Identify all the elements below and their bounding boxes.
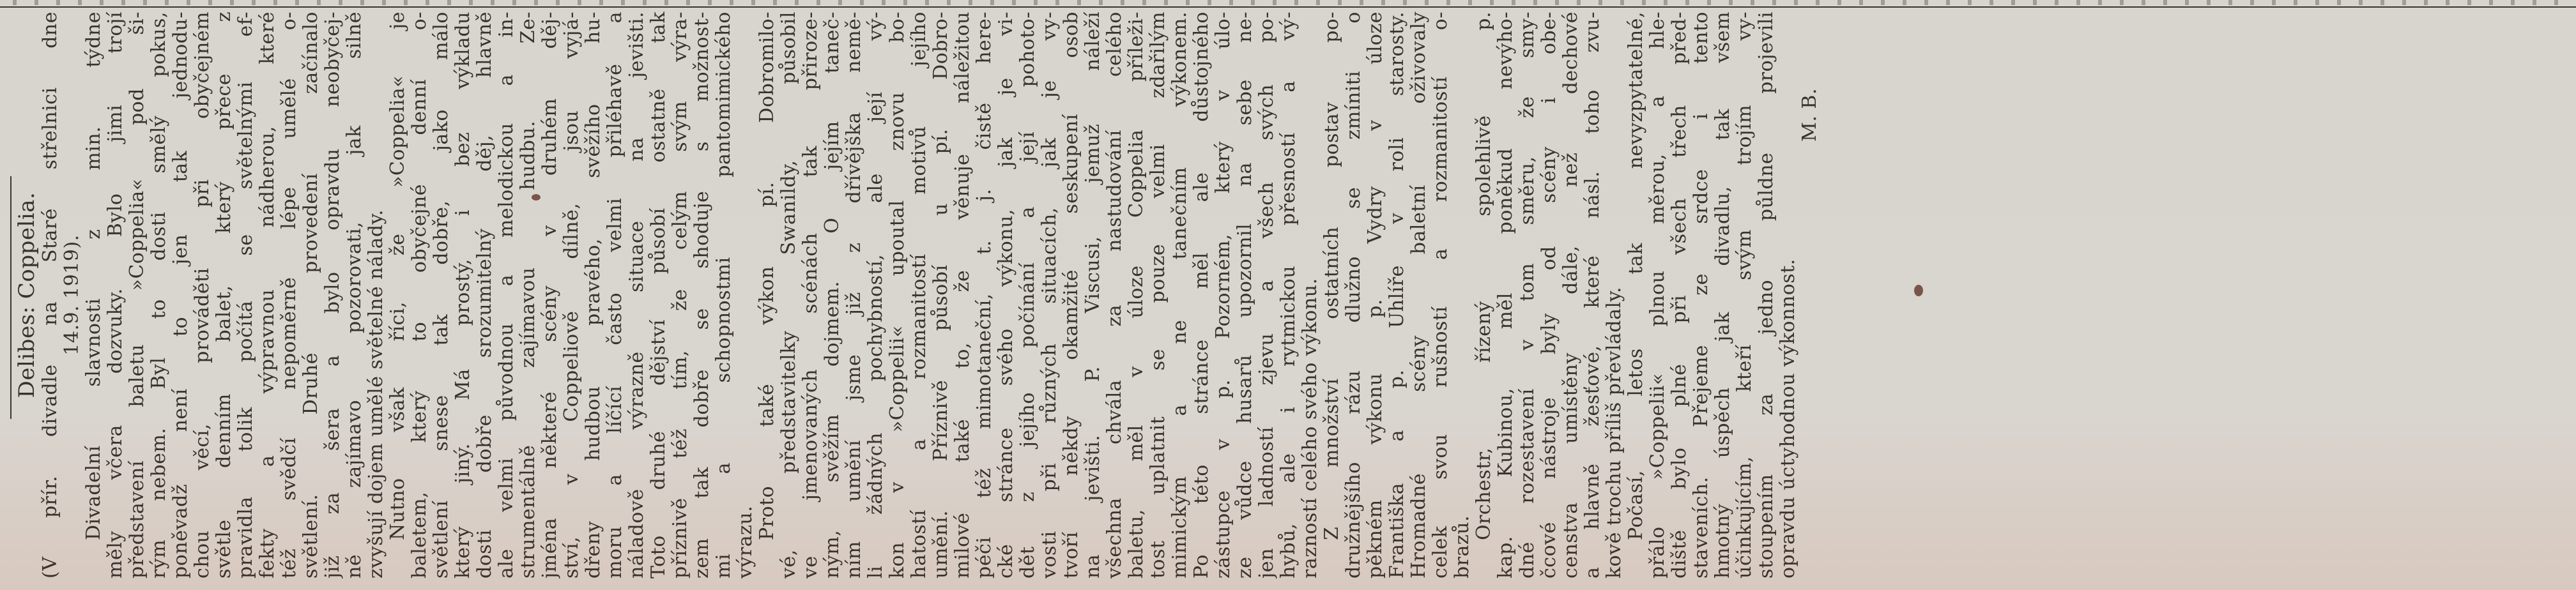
article-line: přálo »Coppelii« plnou měrou, a hle- [1647,11,1669,579]
article-line: Z množství ostatních postav po- [1321,11,1343,579]
article-line: baletu, měl v úloze Coppelia příleži- [1126,11,1147,579]
article-line: jména některé scény v druhém děj- [539,11,561,579]
article-line: ným, svěžím dojmem. O jejím taneč- [822,11,843,579]
article-line: na jevišti. P. Viscusi, jemuž náleží [1082,11,1104,579]
article-line: tvoří někdy okamžité seskupení osob [1061,11,1082,579]
article-title: Delibes: Coppelia. [14,11,40,579]
article-line: umění. Příznivě působí u pí. Dobro- [930,11,952,579]
column-divider-rule [0,6,2576,8]
article-line: Toto druhé dějství působí ostatně tak [648,11,670,579]
article-line: péči též mimotaneční, t. j. čistě here- [974,11,995,579]
article-line: kově trochu příliš převládaly. [1604,11,1625,579]
article-line: zástupce v p. Pozorném, který v úlo- [1213,11,1234,579]
newspaper-clipping-photo: Delibes: Coppelia. (V přír. divadle na S… [0,0,2576,590]
article-line: ním umění jsme již z dřívějška nemě- [843,11,865,579]
article-line: Divadelní slavnosti z min. týdne [83,11,105,579]
article-line: moru a líčící často velmi přiléhavě a [604,11,626,579]
article-line: hatostí a rozmanitostí motivů jejího [908,11,930,579]
article-line: li žádných pochybností, ale její vý- [865,11,887,579]
article-line: též svědčí nepoměrně lépe umělé o- [279,11,300,579]
article-subtitle-line-1: (V přír. divadle na Staré střelnici dne [40,11,61,579]
article-line: rým nebem. Byl to dosti smělý pokus, [148,11,170,579]
adjacent-column-fragment [0,0,2576,5]
article-line: Po této stránce měl ale důstojného [1191,11,1213,579]
article-line: světle denním balet, který přece z [213,11,235,579]
article-line: Orchestr, řízený spolehlivě p. [1473,11,1495,579]
article-line: pěkném výkonu p. Vydry v úloze [1365,11,1386,579]
article-line: který jiný. Má prostý, i bez výkladu [452,11,474,579]
article-line: ale velmi původnou a melodickou a in- [496,11,517,579]
article-line: brazů. [1452,11,1473,579]
article-paragraphs: Divadelní slavnosti z min. týdneměly vče… [83,11,1799,579]
article-line: již za šera a bylo opravdu neobyčej- [322,11,344,579]
article-line: diště bylo plné při všech třech před- [1669,11,1690,579]
article-line: světlení. Druhé provedení začínalo [300,11,322,579]
article-line: zvyšují dojem umělé světelné nálady. [365,11,387,579]
article-line: celek svou rušností a rozmanitostí o- [1430,11,1452,579]
article-line: dné rozestavení v tom směru, že smy- [1517,11,1538,579]
article-line: účinkujícím, kteří svým trojím vy- [1734,11,1756,579]
article-line: milové také to, že věnuje náležitou [952,11,974,579]
article-line: kap. Kubinou, měl poněkud nevýho- [1495,11,1517,579]
article-line: tost uplatnit se pouze velmi zdařilým [1147,11,1169,579]
article-line: zem tak dobře se shoduje s možnost- [691,11,713,579]
article-line: razností celého svého výkonu. [1299,11,1321,579]
article-line: pravidla tolik počítá se světelnými ef- [235,11,257,579]
article-line: stoupením za jedno půldne projevili [1756,11,1777,579]
article-line: všechna chvála za nastudování celého [1104,11,1126,579]
article-body: Delibes: Coppelia. (V přír. divadle na S… [0,11,1821,579]
article-subtitle-line-2: 14.9. 1919). [61,11,83,579]
article-line: ství, v Coppeliově dílně, jsou vyjá- [561,11,583,579]
article-line: chou věcí, prováděti při obyčejném [192,11,213,579]
article-line: kon v »Coppelii« upoutal znovu bo- [887,11,908,579]
rotated-article-page: Delibes: Coppelia. (V přír. divadle na S… [0,0,2576,590]
article-line: dět z jejího počínání a její pohoto- [1017,11,1039,579]
article-line: hybů, ale i rytmickou přesností a vý- [1278,11,1299,579]
article-line: ze vůdce husarů upozornil na sebe ne- [1234,11,1256,579]
author-signature: M. B. [1799,11,1821,579]
article-line: vosti při různých situacích, jak je vy- [1039,11,1061,579]
article-line: světlení snese tak dobře, jako málo [431,11,452,579]
article-line: čcové nástroje byly od scény i obe- [1538,11,1560,579]
article-line: ně zajímavo pozorovati, jak silně [344,11,365,579]
article-line: poněvadž není to jen tak jednodu- [170,11,192,579]
article-line: měly včera dozvuky. Bylo jimi trojí [105,11,126,579]
article-line: jen ladností zjevu a všech svých po- [1256,11,1278,579]
article-line: ve jmenovaných scénách tak přiroze- [800,11,822,579]
article-line: náladově výrazně situace na jevišti. [626,11,648,579]
article-line: výrazu. [735,11,756,579]
article-line: Františka a p. Uhlíře v roli starosty. [1386,11,1408,579]
article-line: censtva umístěny dále, než dechové [1560,11,1582,579]
article-line: Počasí, letos tak nevyzpytatelné, [1625,11,1647,579]
article-line: příznivě též tím, že celým svým výra- [670,11,691,579]
article-line: představení baletu »Coppelia« pod ši- [126,11,148,579]
article-line: Hromadné scény baletní oživovaly [1408,11,1430,579]
ink-stain [1914,285,1923,296]
article-line: opravdu úctyhodnou výkonnost. [1777,11,1799,579]
article-line: Proto také výkon pí. Dobromilo- [756,11,778,579]
article-line: dosti dobře srozumitelný děj, hlavně [474,11,496,579]
article-line: Nutno však říci, že »Coppelia« je [387,11,409,579]
article-line: hmotný úspěch jak divadlu, tak všem [1712,11,1734,579]
article-line: a hlavně žesťové, které násl. toho zvu- [1582,11,1604,579]
article-line: mimickým a ne tanečním výkonem. [1169,11,1191,579]
article-line: dřeny hudbou pravého, svěžího hu- [583,11,604,579]
article-line: mi a schopnostmi pantomimického [713,11,735,579]
section-separator-line [10,176,11,419]
article-line: vé, představitelky Swanildy, působil [778,11,800,579]
article-line: baletem, který to obyčejné denní o- [409,11,431,579]
article-line: strumentálně zajímavou hudbu. Ze- [517,11,539,579]
article-line: fekty a výpravnou nádherou, které [257,11,279,579]
article-line: družnějšího rázu dlužno se zmíniti o [1343,11,1365,579]
article-line: staveních. Přejeme ze srdce i tento [1690,11,1712,579]
article-line: cké stránce svého výkonu, jak je vi- [995,11,1017,579]
ink-stain [532,194,540,200]
